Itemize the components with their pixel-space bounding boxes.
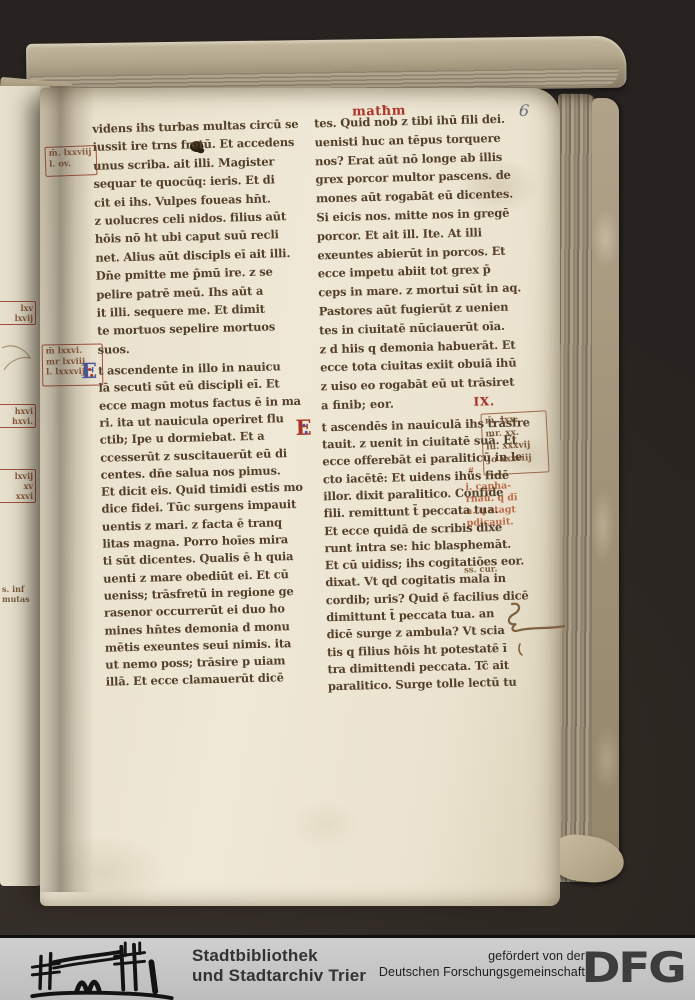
concordance-box-left-top: m̄. lxxviijl. ov. xyxy=(44,145,97,177)
left-column-block1: videns ihs turbas multas circū seiussit … xyxy=(92,115,290,359)
concordance-line: m̄. lxxviij xyxy=(49,147,93,159)
margin-doodle xyxy=(0,340,34,380)
dfg-logo: DFG xyxy=(577,944,689,992)
margin-note-line: xxvi xyxy=(0,491,33,501)
text-column-right: tes. Quid nob z tibi ihū fili dei.uenist… xyxy=(314,110,528,696)
margin-note-line: lxv xyxy=(0,303,33,313)
facing-margin-note: s. infmutas xyxy=(2,584,30,604)
margin-note-line: mutas xyxy=(2,594,30,604)
manuscript-line: suos. xyxy=(97,336,289,359)
library-name: Stadtbibliothek und Stadtarchiv Trier xyxy=(192,946,366,986)
margin-note-line: s. inf xyxy=(2,584,30,594)
left-column-block2-lines: t ascendente in illo in nauiculā secuti … xyxy=(98,358,298,691)
library-name-line1: Stadtbibliothek xyxy=(192,946,366,966)
chapter-number: IX. xyxy=(473,392,495,411)
margin-note-line: lxvij xyxy=(0,313,33,323)
margin-note-line: hxvi. xyxy=(0,416,33,426)
book-top-edge xyxy=(26,36,627,96)
funding-line1: gefördert von der xyxy=(379,949,585,965)
facing-margin-box: lxvlxvij xyxy=(0,301,36,325)
right-column-block2-lines: t ascendēs in nauiculā ihs trāsfretauit.… xyxy=(321,414,528,696)
initial-ornament-dot xyxy=(305,430,308,433)
margin-note-line: lxvij xyxy=(0,471,33,481)
facing-margin-box: hxvihxvi. xyxy=(0,404,36,428)
margin-note-line: hxvi xyxy=(0,406,33,416)
manuscript-line: illā. Et ecce clamauerūt dicē xyxy=(106,669,298,691)
funding-line2: Deutschen Forschungsgemeinschaft xyxy=(379,965,585,981)
folio-number: 6 xyxy=(518,101,529,121)
decorated-initial-red: E xyxy=(295,417,311,437)
decorated-initial-blue: E xyxy=(81,361,97,381)
manuscript-photo: lxvlxvij hxvihxvi. lxvijxvxxvi s. infmut… xyxy=(0,0,695,935)
manuscript-page: matħm 6 m̄. lxxviijl. ov. m̄ lxxvi.mr lx… xyxy=(40,88,560,906)
book-cover-edge xyxy=(592,98,619,876)
manuscript-line: paralitico. Surge tolle lectū tu xyxy=(328,674,528,696)
margin-note-line: xv xyxy=(0,481,33,491)
funding-credit: gefördert von der Deutschen Forschungsge… xyxy=(379,949,585,980)
concordance-line: l. ov. xyxy=(49,158,93,170)
library-name-line2: und Stadtarchiv Trier xyxy=(192,966,366,986)
right-column-block1: tes. Quid nob z tibi ihū fili dei.uenist… xyxy=(314,110,521,397)
footer-banner: Stadtbibliothek und Stadtarchiv Trier ge… xyxy=(0,935,695,1000)
text-column-left: videns ihs turbas multas circū seiussit … xyxy=(92,115,298,691)
facing-margin-box: lxvijxvxxvi xyxy=(0,469,36,503)
left-column-block2: E t ascendente in illo in nauiculā secut… xyxy=(98,358,298,691)
right-column-block2: E t ascendēs in nauiculā ihs trāsfretaui… xyxy=(321,414,528,696)
chapter-heading-line: a finib; eor. IX. xyxy=(321,391,521,415)
chapter-line-text: a finib; eor. xyxy=(321,395,394,416)
text-block: videns ihs turbas multas circū seiussit … xyxy=(86,110,506,120)
stadtbibliothek-logo xyxy=(24,941,180,1000)
book-fore-edge-stack xyxy=(554,94,596,882)
initial-ornament-dot xyxy=(302,423,305,426)
